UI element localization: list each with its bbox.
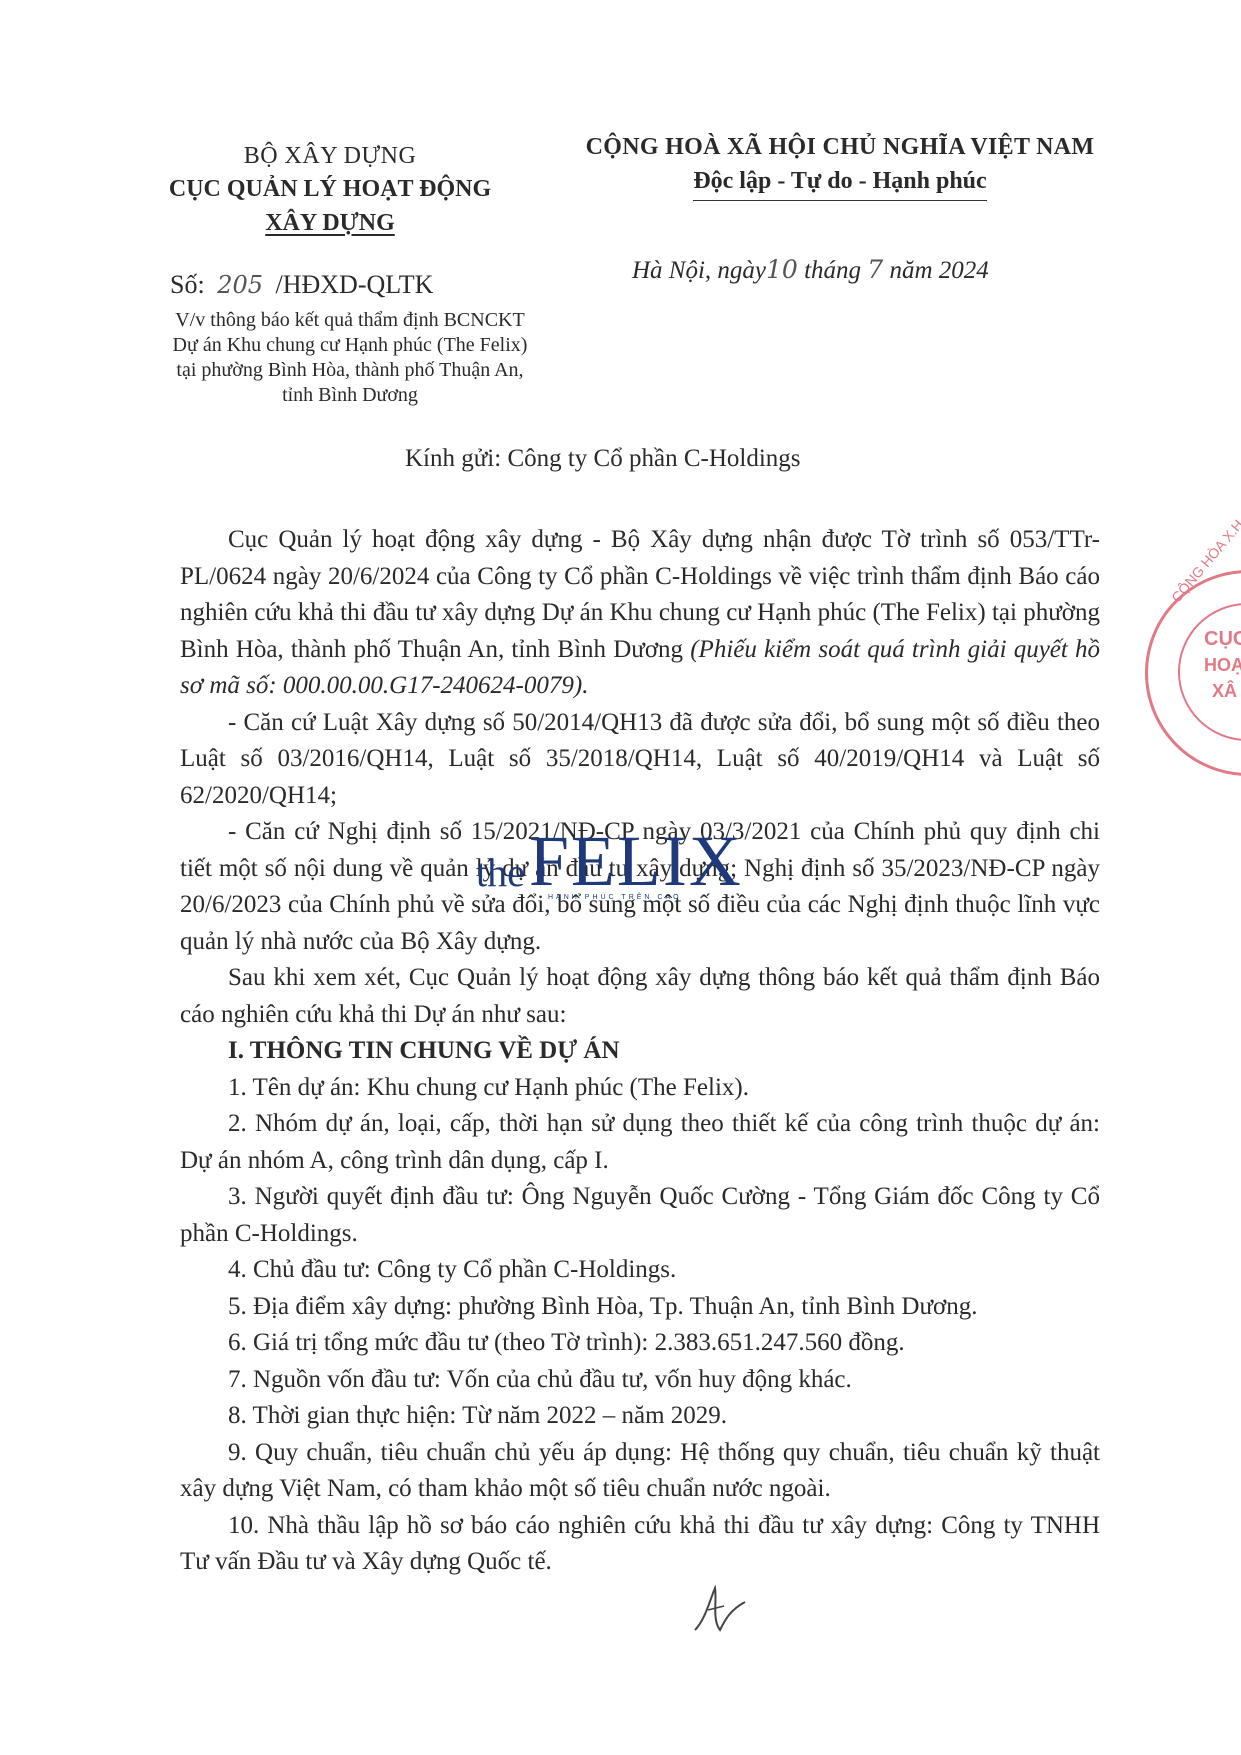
subject-block: V/v thông báo kết quả thẩm định BCNCKT D…: [150, 308, 550, 408]
list-item: 5. Địa điểm xây dựng: phường Bình Hòa, T…: [180, 1289, 1100, 1326]
section-heading: I. THÔNG TIN CHUNG VỀ DỰ ÁN: [180, 1033, 1100, 1070]
list-item: 2. Nhóm dự án, loại, cấp, thời hạn sử dụ…: [180, 1106, 1100, 1179]
stamp-line: XÂ: [1212, 681, 1237, 702]
list-item: 8. Thời gian thực hiện: Từ năm 2022 – nă…: [180, 1398, 1100, 1435]
list-item: 4. Chủ đầu tư: Công ty Cổ phần C-Holding…: [180, 1252, 1100, 1289]
list-item: 7. Nguồn vốn đầu tư: Vốn của chủ đầu tư,…: [180, 1362, 1100, 1399]
number-handwritten: 205: [217, 271, 263, 299]
department-name-line1: CỤC QUẢN LÝ HOẠT ĐỘNG: [140, 172, 520, 206]
subject-line: tỉnh Bình Dương: [150, 383, 550, 408]
conclusion-paragraph: Sau khi xem xét, Cục Quản lý hoạt động x…: [180, 960, 1100, 1033]
recipient: Kính gửi: Công ty Cổ phần C-Holdings: [405, 445, 801, 473]
logo-the: the: [476, 850, 525, 895]
list-item: 3. Người quyết định đầu tư: Ông Nguyễn Q…: [180, 1179, 1100, 1252]
felix-watermark-logo: the FELIX HẠNH PHÚC TRÊN CAO: [476, 826, 743, 896]
number-suffix: /HĐXD-QLTK: [276, 270, 434, 299]
country-name: CỘNG HOÀ XÃ HỘI CHỦ NGHĨA VIỆT NAM: [570, 130, 1110, 164]
department-name-line2: XÂY DỰNG: [140, 206, 520, 240]
list-item: 1. Tên dự án: Khu chung cư Hạnh phúc (Th…: [180, 1070, 1100, 1107]
issuer-header: BỘ XÂY DỰNG CỤC QUẢN LÝ HOẠT ĐỘNG XÂY DỰ…: [140, 140, 520, 240]
subject-line: tại phường Bình Hòa, thành phố Thuận An,: [150, 358, 550, 383]
date-place: Hà Nội, ngày: [632, 257, 766, 284]
stamp-line: HOẠ: [1204, 655, 1241, 676]
date-day: 10: [766, 255, 798, 284]
subject-line: Dự án Khu chung cư Hạnh phúc (The Felix): [150, 333, 550, 358]
list-item: 6. Giá trị tổng mức đầu tư (theo Tờ trìn…: [180, 1325, 1100, 1362]
date-line: Hà Nội, ngày10 tháng 7 năm 2024: [632, 255, 989, 285]
subject-line: V/v thông báo kết quả thẩm định BCNCKT: [150, 308, 550, 333]
official-stamp: CỘNG HÒA X.H CỤC HOẠ XÂ: [1145, 570, 1241, 776]
logo-felix: FELIX: [529, 821, 743, 901]
document-number: Số: 205 /HĐXD-QLTK: [170, 270, 433, 300]
ministry-name: BỘ XÂY DỰNG: [140, 140, 520, 172]
initials-signature-icon: [690, 1580, 750, 1640]
number-prefix: Số:: [170, 270, 205, 299]
date-month: 7: [867, 255, 883, 284]
legal-basis-1: - Căn cứ Luật Xây dựng số 50/2014/QH13 đ…: [180, 705, 1100, 815]
intro-paragraph: Cục Quản lý hoạt động xây dựng - Bộ Xây …: [180, 522, 1100, 705]
stamp-line: CỤC: [1204, 628, 1241, 651]
list-item: 9. Quy chuẩn, tiêu chuẩn chủ yếu áp dụng…: [180, 1435, 1100, 1508]
date-month-label: tháng: [804, 257, 861, 284]
national-motto: Độc lập - Tự do - Hạnh phúc: [693, 164, 986, 201]
logo-tagline: HẠNH PHÚC TRÊN CAO: [548, 894, 682, 901]
national-header: CỘNG HOÀ XÃ HỘI CHỦ NGHĨA VIỆT NAM Độc l…: [570, 130, 1110, 201]
document-body: Cục Quản lý hoạt động xây dựng - Bộ Xây …: [180, 522, 1100, 1581]
stamp-ring-text: CỘNG HÒA X.H: [1168, 516, 1241, 605]
list-item: 10. Nhà thầu lập hồ sơ báo cáo nghiên cứ…: [180, 1508, 1100, 1581]
date-year: năm 2024: [889, 257, 988, 284]
